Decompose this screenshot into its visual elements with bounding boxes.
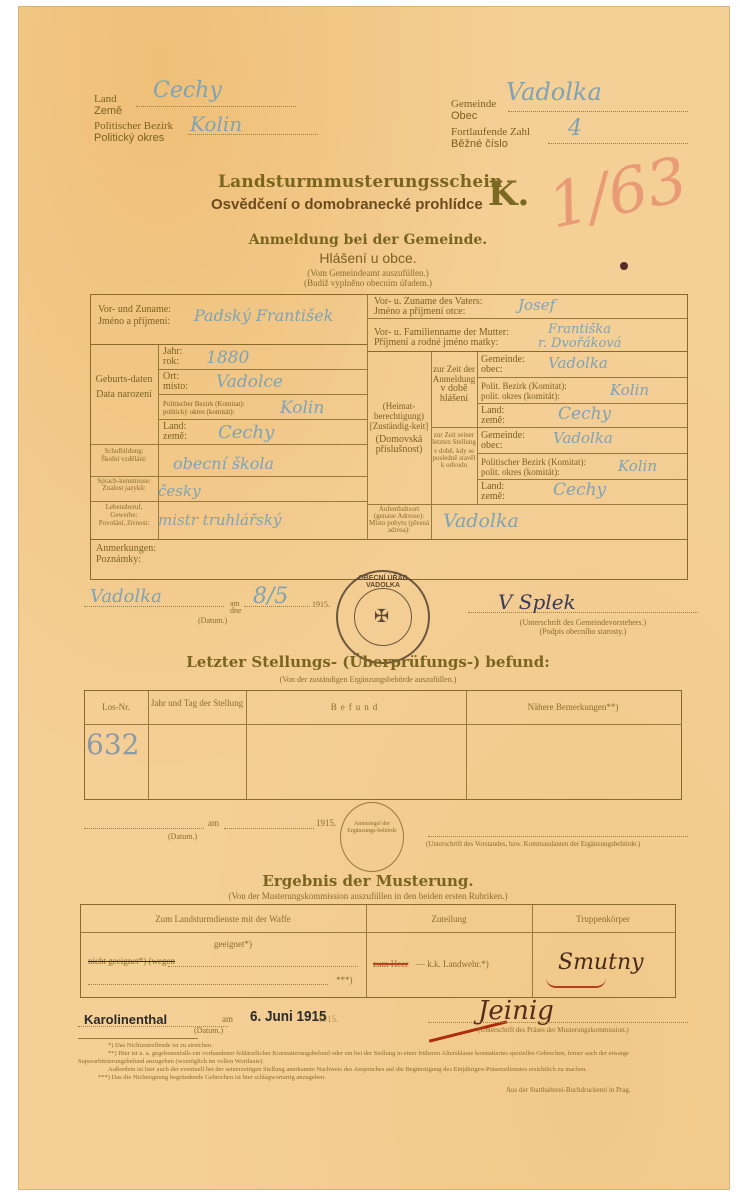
col-jahr-tag: Jahr und Tag der Stellung (149, 698, 245, 708)
heimat-label-cz: (Domovská příslušnost) (368, 435, 430, 455)
zahl-value: 4 (568, 116, 582, 141)
footnotes: *) Das Nichtzutreffende ist zu streichen… (78, 1042, 688, 1082)
at-last-stellung-label: zur Zeit seiner letzten Stellung v době,… (432, 432, 476, 469)
zahl-label: Fortlaufende Zahl Běžné číslo (451, 126, 530, 150)
eagle-emblem-icon: ✠ (374, 606, 389, 627)
truppen-signature: Smutny (558, 950, 644, 975)
signoff1-am: am dne (230, 600, 242, 614)
father-value: Josef (518, 296, 555, 314)
remarks-label-cz: Poznámky: (96, 554, 156, 565)
heimat-label-de: (Heimat-berechtigung) [Zuständig-keit] (368, 401, 430, 431)
printer-imprint: Aus der Statthalterei-Buchdruckerei in P… (506, 1086, 631, 1095)
gemeinde-label-de: Gemeinde (451, 98, 496, 110)
birth-group-de: Geburts-daten (92, 374, 156, 386)
last-bez-label-de: Politischer Bezirk (Komitat): (481, 457, 586, 467)
title-cz: Osvědčení o domobranecké prohlídce (211, 196, 483, 213)
birth-land-label: Land: země: (163, 422, 187, 442)
signoff1-datum-label: (Datum.) (198, 616, 227, 625)
job-label-cz: Povolání, živnost: (92, 519, 156, 527)
pol-value: Kolin (280, 398, 324, 418)
nicht-geeignet-option: nicht geeignet*) (wegen (88, 957, 175, 966)
signoff1-signature: V Splek (498, 590, 576, 614)
place-label: Ort: místo: (163, 372, 188, 392)
zuteilung-value: — k.k. Landwehr.*) (416, 960, 489, 969)
bezirk-value: Kolin (190, 112, 242, 136)
remarks-label: Anmerkungen: Poznámky: (96, 543, 156, 565)
school-label-cz: Školní vzdělání: (92, 455, 156, 463)
residence-value: Vadolka (443, 510, 519, 532)
last-gem-label-cz: obec: (481, 441, 525, 451)
name-label-de: Vor- und Zuname: (98, 304, 171, 316)
signoff2-year: 1915. (316, 819, 336, 828)
signoff2-am: am (208, 819, 219, 828)
signoff1-date: 8/5 (253, 584, 288, 609)
at-reg-de: zur Zeit der Anmeldung (432, 364, 476, 384)
reg-land-value: Cechy (558, 404, 611, 424)
title-de: Landsturmmusterungsschein (218, 172, 503, 192)
place-label-cz: místo: (163, 382, 188, 392)
red-annotation: 1/63 (542, 142, 693, 242)
father-label-cz: Jméno a příjmení otce: (374, 307, 483, 317)
reg-gem-label-cz: obec: (481, 365, 525, 375)
stamp-text: OBECNÍ ÚŘAD VADOLKA (342, 575, 424, 589)
ergebnis-note: (Von der Musterungskommission auszufülle… (118, 892, 618, 901)
gemeinde-label: Gemeinde Obec (451, 98, 496, 122)
at-last-cz: v době, kdy se posledně stavěl k odvodu (432, 448, 476, 469)
job-value: mistr truhlářský (158, 511, 281, 529)
col-los-nr: Los-Nr. (84, 703, 148, 712)
municipal-stamp: OBECNÍ ÚŘAD VADOLKA ✠ (336, 570, 430, 664)
document-sheet: Land Země Cechy Politischer Bezirk Polit… (18, 6, 730, 1190)
father-label: Vor- u. Zuname des Vaters: Jméno a příjm… (374, 297, 483, 317)
bezirk-label-de: Politischer Bezirk (94, 120, 173, 132)
pol-label-de: Politischer Bezirk (Komitat): (163, 400, 245, 408)
reg-gem-value: Vadolka (548, 354, 608, 372)
birth-group-cz: Data narození (92, 389, 156, 401)
last-bez-label-cz: polit. okres (komitát): (481, 467, 586, 477)
los-nr-value: 632 (86, 728, 139, 761)
reg-land-label: Land: země: (481, 406, 505, 426)
col-zuteilung: Zuteilung (367, 915, 531, 924)
zahl-label-cz: Běžné číslo (451, 138, 530, 150)
school-label: Schulbildung: Školní vzdělání: (92, 447, 156, 463)
signoff2-sig-label: (Unterschrift des Vorstandes, bzw. Komma… (426, 840, 640, 849)
school-value: obecní škola (173, 454, 274, 473)
stars3-mark: ***) (336, 976, 353, 985)
lang-label: Sprach-kenntnisse: Znalost jazyků: (92, 478, 156, 492)
lang-label-cz: Znalost jazyků: (92, 485, 156, 492)
birth-land-label-cz: země: (163, 432, 187, 442)
at-last-de: zur Zeit seiner letzten Stellung (432, 432, 476, 446)
signoff1-sig-label-cz: (Podpis obecního starosty.) (468, 627, 698, 636)
mother-value-1: Františka (548, 322, 611, 337)
signoff3-datum-label: (Datum.) (194, 1026, 223, 1035)
land-value: Cechy (153, 78, 222, 103)
signature-flourish (546, 978, 606, 988)
last-bez-value: Kolin (618, 457, 657, 475)
reg-bez-label-de: Polit. Bezirk (Komitat): (481, 381, 567, 391)
stellung-title: Letzter Stellungs- (Überprüfungs-) befun… (138, 653, 598, 671)
job-label-de: Lebensberuf, Gewerbe: (92, 503, 156, 519)
name-value: Padský František (194, 306, 333, 325)
mother-label: Vor- u. Familienname der Mutter: Příjmen… (374, 328, 509, 348)
bezirk-label-cz: Politický okres (94, 132, 173, 144)
fill-note-cz: (Budiž vyplněno obecním úřadem.) (188, 279, 548, 288)
ergaenzung-seal-placeholder: Amtssiegel der Ergänzungs-behörde (340, 802, 404, 872)
signoff3-am: am (222, 1015, 233, 1024)
col-befund: Befund (247, 703, 465, 712)
col-truppenkoerper: Truppenkörper (533, 915, 673, 924)
place-value: Vadolce (216, 372, 283, 392)
year-label-cz: rok: (163, 357, 182, 367)
year-label: Jahr: rok: (163, 347, 182, 367)
place-stamp: Karolinenthal (84, 1012, 167, 1027)
at-registration-label: zur Zeit der Anmeldung v době hlášení (432, 364, 476, 404)
land-label-cz: Země (94, 105, 122, 117)
signoff2-datum-label: (Datum.) (168, 832, 197, 841)
last-land-label: Land: země: (481, 482, 505, 502)
fill-note-de: (Vom Gemeindeamt auszufüllen.) (188, 269, 548, 278)
year-value: 1880 (206, 348, 249, 368)
job-label: Lebensberuf, Gewerbe: Povolání, živnost: (92, 503, 156, 527)
date-stamp: 6. Juni 1915 (250, 1008, 327, 1025)
stellung-note: (Von der zuständigen Ergänzungsbehörde a… (138, 675, 598, 684)
zuteilung-struck: zum Heer (373, 960, 408, 969)
subtitle-cz: Hlášení u obce. (188, 250, 548, 266)
mother-label-cz: Příjmení a rodné jméno matky: (374, 338, 509, 348)
remarks-label-de: Anmerkungen: (96, 543, 156, 554)
pol-label: Politischer Bezirk (Komitat): politický … (163, 400, 245, 416)
at-reg-cz: v době hlášení (432, 384, 476, 404)
birth-group-label: Geburts-daten Data narození (92, 374, 156, 401)
seal-label: Amtssiegel der Ergänzungs-behörde (345, 821, 399, 835)
reg-land-label-cz: země: (481, 416, 505, 426)
signoff3-sig-label: (Unterschrift des Präses der Musterungsk… (478, 1026, 629, 1035)
heimat-label: (Heimat-berechtigung) [Zuständig-keit] (… (368, 401, 430, 455)
residence-label-cz: Místo pobytu (přesná adresa): (368, 520, 430, 534)
footnote-3: Außerdem ist hier auch der eventuell bei… (78, 1066, 688, 1074)
residence-label-de: Aufenthaltsort (genaue Adresse): (368, 506, 430, 520)
reg-bez-label-cz: polit. okres (komitát): (481, 391, 567, 401)
signoff1-place: Vadolka (90, 586, 162, 607)
footnote-4: ***) Das die Nichteignung begründende Ge… (78, 1074, 688, 1082)
col-landsturm-waffe: Zum Landsturmdienste mit der Waffe (81, 915, 365, 924)
residence-label: Aufenthaltsort (genaue Adresse): Místo p… (368, 506, 430, 534)
gemeinde-label-cz: Obec (451, 110, 496, 122)
birth-land-value: Cechy (218, 422, 274, 443)
last-bez-label: Politischer Bezirk (Komitat): polit. okr… (481, 457, 586, 477)
last-gem-label: Gemeinde: obec: (481, 431, 525, 451)
land-label: Land Země (94, 93, 122, 117)
reg-gem-label: Gemeinde: obec: (481, 355, 525, 375)
last-land-label-cz: země: (481, 492, 505, 502)
bezirk-label: Politischer Bezirk Politický okres (94, 120, 173, 144)
signoff3-year: 1915. (318, 1015, 338, 1024)
footnote-1: *) Das Nichtzutreffende ist zu streichen… (78, 1042, 688, 1050)
lang-value: česky (158, 482, 201, 500)
name-label-cz: Jméno a příjmení: (98, 316, 171, 328)
geeignet-option: geeignet*) (214, 940, 252, 949)
land-label-de: Land (94, 93, 122, 105)
gemeinde-value: Vadolka (506, 78, 602, 106)
reg-bez-value: Kolin (610, 381, 649, 399)
form-letter: K. (488, 174, 529, 214)
last-land-value: Cechy (553, 480, 606, 500)
reg-bez-label: Polit. Bezirk (Komitat): polit. okres (k… (481, 381, 567, 401)
pol-label-cz: politický okres (komitát): (163, 408, 245, 416)
zahl-label-de: Fortlaufende Zahl (451, 126, 530, 138)
name-label: Vor- und Zuname: Jméno a příjmení: (98, 304, 171, 328)
ergebnis-title: Ergebnis der Musterung. (188, 872, 548, 890)
last-gem-value: Vadolka (553, 429, 613, 447)
col-bemerkungen: Nähere Bemerkungen**) (467, 703, 679, 712)
signoff1-sig-label-de: (Unterschrift des Gemeindevorstehers.) (468, 618, 698, 627)
signoff1-am-cz: dne (230, 607, 242, 614)
subtitle-de: Anmeldung bei der Gemeinde. (188, 232, 548, 248)
footnote-2: **) Hier ist u. a. gegebenenfalls ein vo… (78, 1050, 688, 1066)
school-label-de: Schulbildung: (92, 447, 156, 455)
signoff1-year: 1915. (312, 600, 330, 609)
mother-value-2: r. Dvořáková (538, 336, 621, 351)
ink-blot (620, 262, 628, 270)
